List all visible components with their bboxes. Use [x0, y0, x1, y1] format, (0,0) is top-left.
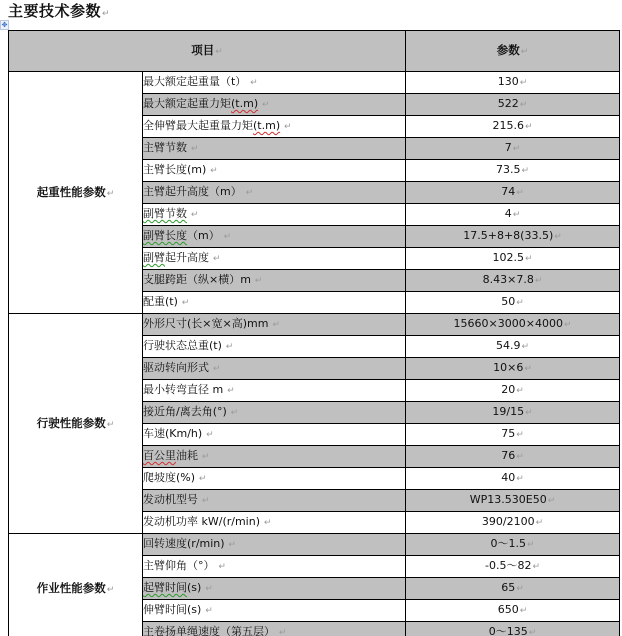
param-value: 50↵ — [406, 292, 620, 314]
param-value: 19/15↵ — [406, 402, 620, 424]
group-label: 作业性能参数↵ — [9, 534, 143, 636]
param-value: 102.5↵ — [406, 248, 620, 270]
table-move-handle-icon[interactable]: ✥ — [0, 20, 9, 30]
param-name: 百公里油耗 ↵ — [143, 446, 406, 468]
param-value: 74↵ — [406, 182, 620, 204]
param-name: 支腿跨距（纵×横）m ↵ — [143, 270, 406, 292]
table-header-row: 项目↵ 参数↵ — [9, 31, 620, 72]
param-value: 390/2100↵ — [406, 512, 620, 534]
param-value: 0～1.5↵ — [406, 534, 620, 556]
param-name: 副臂节数 ↵ — [143, 204, 406, 226]
param-value: 76↵ — [406, 446, 620, 468]
param-value: -0.5～82↵ — [406, 556, 620, 578]
param-value: 65↵ — [406, 578, 620, 600]
param-value: 650↵ — [406, 600, 620, 622]
param-value: 522↵ — [406, 94, 620, 116]
table-row: 作业性能参数↵回转速度(r/min) ↵0～1.5↵ — [9, 534, 620, 556]
param-value: 7↵ — [406, 138, 620, 160]
param-name: 最大额定起重力矩(t.m) ↵ — [143, 94, 406, 116]
param-name: 行驶状态总重(t) ↵ — [143, 336, 406, 358]
param-value: 8.43×7.8↵ — [406, 270, 620, 292]
param-name: 最小转弯直径 m ↵ — [143, 380, 406, 402]
param-name: 主臂仰角（°） ↵ — [143, 556, 406, 578]
param-value: 4↵ — [406, 204, 620, 226]
document-title-text: 主要技术参数 — [8, 2, 101, 20]
param-value: 215.6↵ — [406, 116, 620, 138]
param-name: 最大额定起重量（t） ↵ — [143, 72, 406, 94]
param-value: 75↵ — [406, 424, 620, 446]
param-name: 起臂时间(s) ↵ — [143, 578, 406, 600]
param-value: 0～135↵ — [406, 622, 620, 636]
table-row: 起重性能参数↵最大额定起重量（t） ↵130↵ — [9, 72, 620, 94]
param-name: 全伸臂最大起重量力矩(t.m) ↵ — [143, 116, 406, 138]
param-name: 外形尺寸(长×宽×高)mm ↵ — [143, 314, 406, 336]
param-value: 73.5↵ — [406, 160, 620, 182]
param-value: 17.5+8+8(33.5)↵ — [406, 226, 620, 248]
paragraph-mark-icon: ↵ — [102, 9, 110, 19]
param-value: WP13.530E50↵ — [406, 490, 620, 512]
param-name: 主臂长度(m) ↵ — [143, 160, 406, 182]
param-name: 发动机功率 kW/(r/min) ↵ — [143, 512, 406, 534]
param-value: 54.9↵ — [406, 336, 620, 358]
param-name: 爬坡度(%) ↵ — [143, 468, 406, 490]
param-value: 15660×3000×4000↵ — [406, 314, 620, 336]
param-value: 10×6↵ — [406, 358, 620, 380]
param-name: 车速(Km/h) ↵ — [143, 424, 406, 446]
param-value: 20↵ — [406, 380, 620, 402]
param-name: 主臂起升高度（m） ↵ — [143, 182, 406, 204]
param-name: 主卷扬单绳速度（第五层） ↵ — [143, 622, 406, 636]
param-name: 接近角/离去角(°) ↵ — [143, 402, 406, 424]
param-name: 驱动转向形式 ↵ — [143, 358, 406, 380]
param-name: 发动机型号 ↵ — [143, 490, 406, 512]
param-name: 伸臂时间(s) ↵ — [143, 600, 406, 622]
table-row: 行驶性能参数↵外形尺寸(长×宽×高)mm ↵15660×3000×4000↵ — [9, 314, 620, 336]
group-label: 行驶性能参数↵ — [9, 314, 143, 534]
spec-table: 项目↵ 参数↵ 起重性能参数↵最大额定起重量（t） ↵130↵最大额定起重力矩(… — [8, 30, 620, 636]
param-name: 副臂长度（m） ↵ — [143, 226, 406, 248]
header-value: 参数↵ — [406, 31, 620, 72]
param-value: 40↵ — [406, 468, 620, 490]
document-title: 主要技术参数↵ — [8, 1, 110, 24]
param-name: 配重(t) ↵ — [143, 292, 406, 314]
param-value: 130↵ — [406, 72, 620, 94]
param-name: 回转速度(r/min) ↵ — [143, 534, 406, 556]
header-item: 项目↵ — [9, 31, 406, 72]
group-label: 起重性能参数↵ — [9, 72, 143, 314]
param-name: 主臂节数 ↵ — [143, 138, 406, 160]
param-name: 副臂起升高度 ↵ — [143, 248, 406, 270]
